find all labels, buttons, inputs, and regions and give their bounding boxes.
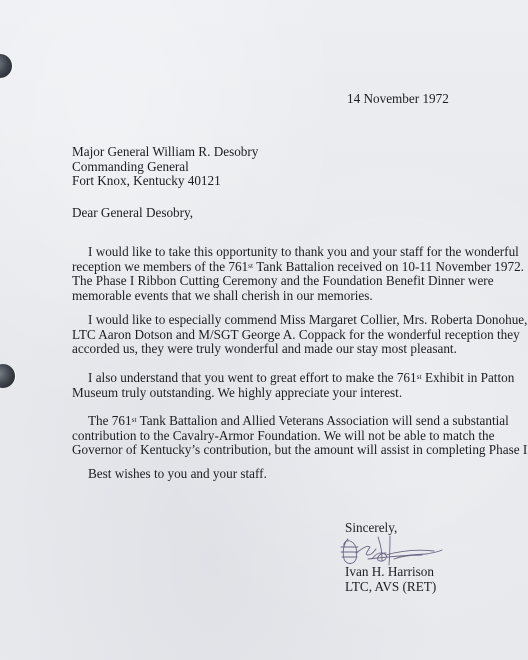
paragraph: The 761st Tank Battalion and Allied Vete… [72, 414, 512, 458]
text-line: Museum truly outstanding. We highly appr… [72, 386, 512, 401]
text-line: LTC Aaron Dotson and M/SGT George A. Cop… [72, 328, 512, 343]
paragraph: Best wishes to you and your staff. [72, 467, 512, 482]
recipient-name: Major General William R. Desobry [72, 145, 258, 160]
letter-page: 14 November 1972 Major General William R… [0, 0, 528, 660]
ordinal-suffix: st [417, 372, 422, 381]
salutation: Dear General Desobry, [72, 205, 193, 221]
text-line: The Phase I Ribbon Cutting Ceremony and … [72, 274, 512, 289]
text-line: I would like to especially commend Miss … [72, 313, 512, 328]
recipient-location: Fort Knox, Kentucky 40121 [72, 174, 258, 189]
text-line: memorable events that we shall cherish i… [72, 289, 512, 304]
text-line: accorded us, they were truly wonderful a… [72, 342, 512, 357]
text-line: I would like to take this opportunity to… [72, 245, 512, 260]
signer-name: Ivan H. Harrison [345, 564, 436, 579]
binder-hole-icon [0, 364, 15, 388]
paragraph: I would like to take this opportunity to… [72, 245, 512, 303]
signer-rank: LTC, AVS (RET) [345, 579, 436, 594]
text-line: I also understand that you went to great… [72, 371, 512, 386]
text-line: Governor of Kentucky’s contribution, but… [72, 443, 512, 458]
text-line: reception we members of the 761st Tank B… [72, 260, 512, 275]
text-line: The 761st Tank Battalion and Allied Vete… [72, 414, 512, 429]
binder-hole-icon [0, 54, 12, 78]
recipient-address: Major General William R. Desobry Command… [72, 145, 258, 189]
signature-block: Ivan H. Harrison LTC, AVS (RET) [345, 564, 436, 594]
recipient-title: Commanding General [72, 160, 258, 175]
ordinal-suffix: st [248, 261, 253, 270]
paragraph: I also understand that you went to great… [72, 371, 512, 400]
letter-date: 14 November 1972 [347, 91, 449, 107]
text-line: contribution to the Cavalry-Armor Founda… [72, 429, 512, 444]
text-line: Best wishes to you and your staff. [72, 467, 512, 482]
paragraph: I would like to especially commend Miss … [72, 313, 512, 357]
ordinal-suffix: st [132, 415, 137, 424]
